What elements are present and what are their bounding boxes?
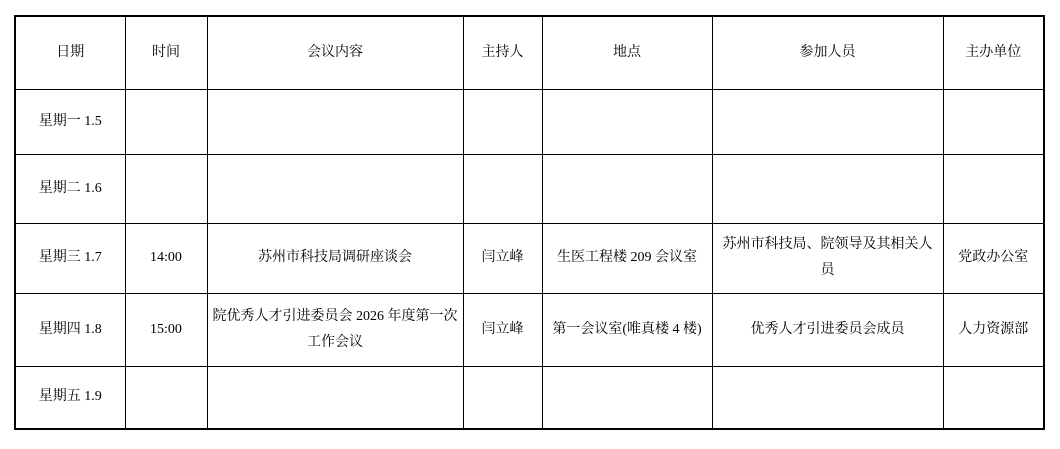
cell-content: 苏州市科技局调研座谈会: [207, 223, 463, 293]
schedule-page: 日期 时间 会议内容 主持人 地点 参加人员 主办单位 星期一 1.5 星期二 …: [0, 0, 1060, 449]
header-cell-organizer: 主办单位: [943, 16, 1044, 89]
cell-participants: [712, 366, 943, 429]
cell-location: [542, 89, 712, 154]
cell-organizer: 党政办公室: [943, 223, 1044, 293]
cell-organizer: [943, 89, 1044, 154]
cell-content: [207, 154, 463, 223]
cell-content: [207, 89, 463, 154]
cell-date: 星期四 1.8: [15, 293, 125, 366]
header-row: 日期 时间 会议内容 主持人 地点 参加人员 主办单位: [15, 16, 1044, 89]
cell-location: 第一会议室(唯真楼 4 楼): [542, 293, 712, 366]
cell-time: [125, 89, 207, 154]
cell-host: [463, 89, 542, 154]
table-row-wednesday: 星期三 1.7 14:00 苏州市科技局调研座谈会 闫立峰 生医工程楼 209 …: [15, 223, 1044, 293]
header-cell-time: 时间: [125, 16, 207, 89]
cell-organizer: [943, 154, 1044, 223]
cell-host: [463, 154, 542, 223]
cell-time: 15:00: [125, 293, 207, 366]
table-row-monday: 星期一 1.5: [15, 89, 1044, 154]
table-row-tuesday: 星期二 1.6: [15, 154, 1044, 223]
cell-content: [207, 366, 463, 429]
cell-date: 星期二 1.6: [15, 154, 125, 223]
cell-host: [463, 366, 542, 429]
table-row-friday: 星期五 1.9: [15, 366, 1044, 429]
header-cell-participants: 参加人员: [712, 16, 943, 89]
meeting-schedule-table: 日期 时间 会议内容 主持人 地点 参加人员 主办单位 星期一 1.5 星期二 …: [14, 15, 1045, 430]
cell-organizer: 人力资源部: [943, 293, 1044, 366]
cell-participants: 优秀人才引进委员会成员: [712, 293, 943, 366]
cell-time: [125, 154, 207, 223]
header-cell-content: 会议内容: [207, 16, 463, 89]
header-cell-host: 主持人: [463, 16, 542, 89]
cell-date: 星期五 1.9: [15, 366, 125, 429]
header-cell-location: 地点: [542, 16, 712, 89]
cell-time: 14:00: [125, 223, 207, 293]
cell-date: 星期三 1.7: [15, 223, 125, 293]
cell-location: 生医工程楼 209 会议室: [542, 223, 712, 293]
cell-location: [542, 366, 712, 429]
cell-host: 闫立峰: [463, 293, 542, 366]
cell-host: 闫立峰: [463, 223, 542, 293]
cell-participants: [712, 89, 943, 154]
header-cell-date: 日期: [15, 16, 125, 89]
table-row-thursday: 星期四 1.8 15:00 院优秀人才引进委员会 2026 年度第一次工作会议 …: [15, 293, 1044, 366]
cell-time: [125, 366, 207, 429]
cell-organizer: [943, 366, 1044, 429]
cell-content: 院优秀人才引进委员会 2026 年度第一次工作会议: [207, 293, 463, 366]
cell-location: [542, 154, 712, 223]
cell-date: 星期一 1.5: [15, 89, 125, 154]
cell-participants: [712, 154, 943, 223]
cell-participants: 苏州市科技局、院领导及其相关人员: [712, 223, 943, 293]
